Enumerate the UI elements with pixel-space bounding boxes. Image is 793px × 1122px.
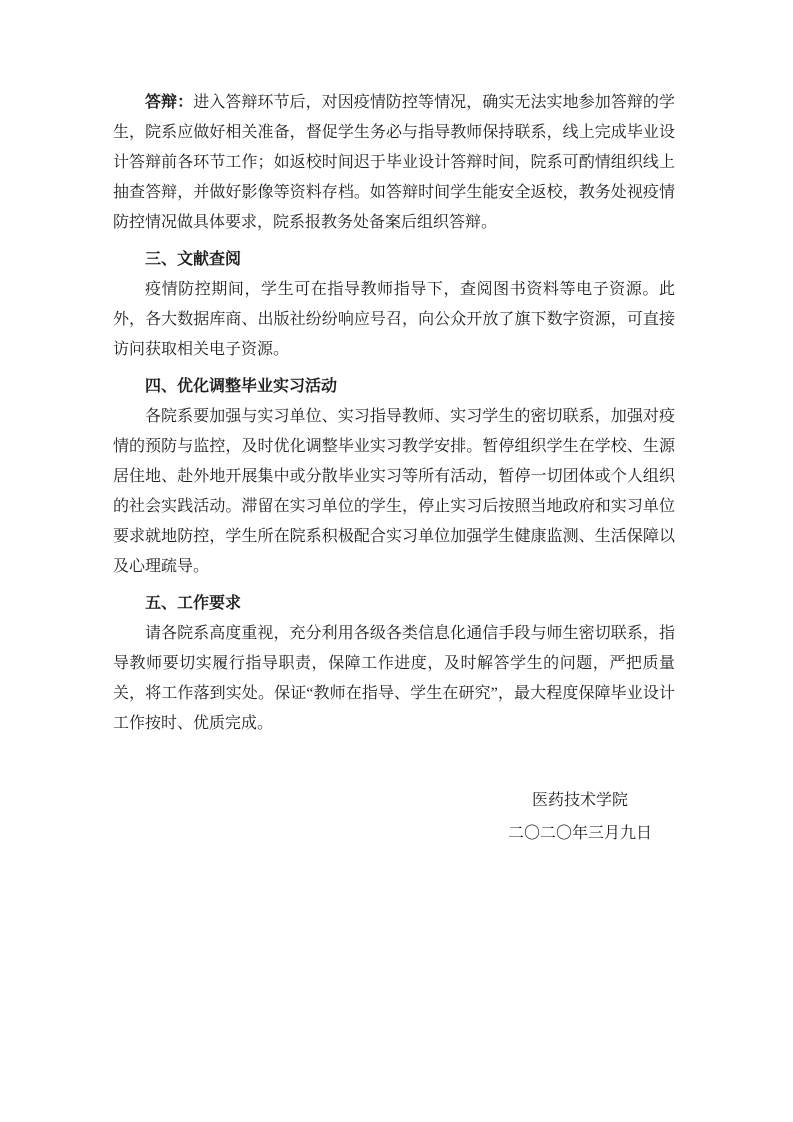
- section-body-internship-adjustment: 各院系要加强与实习单位、实习指导教师、实习学生的密切联系，加强对疫情的预防与监控…: [113, 402, 675, 582]
- signature-date: 二〇二〇年三月九日: [485, 817, 675, 850]
- signature-organization: 医药技术学院: [485, 784, 675, 817]
- signature-block: 医药技术学院 二〇二〇年三月九日: [485, 784, 675, 850]
- section-body-work-requirements: 请各院系高度重视，充分利用各级各类信息化通信手段与师生密切联系，指导教师要切实履…: [113, 619, 675, 739]
- defense-paragraph-text: 进入答辩环节后，对因疫情防控等情况，确实无法实地参加答辩的学生，院系应做好相关准…: [113, 94, 675, 231]
- section-body-literature-review: 疫情防控期间，学生可在指导教师指导下，查阅图书资料等电子资源。此外，各大数据库商…: [113, 275, 675, 365]
- section-heading-literature-review: 三、文献查阅: [113, 245, 675, 275]
- defense-lead-label: 答辩：: [145, 94, 193, 111]
- document-page: 答辩：进入答辩环节后，对因疫情防控等情况，确实无法实地参加答辩的学生，院系应做好…: [0, 0, 793, 1122]
- section-heading-internship-adjustment: 四、优化调整毕业实习活动: [113, 372, 675, 402]
- paragraph-defense: 答辩：进入答辩环节后，对因疫情防控等情况，确实无法实地参加答辩的学生，院系应做好…: [113, 88, 675, 238]
- section-heading-work-requirements: 五、工作要求: [113, 589, 675, 619]
- document-content: 答辩：进入答辩环节后，对因疫情防控等情况，确实无法实地参加答辩的学生，院系应做好…: [113, 88, 675, 850]
